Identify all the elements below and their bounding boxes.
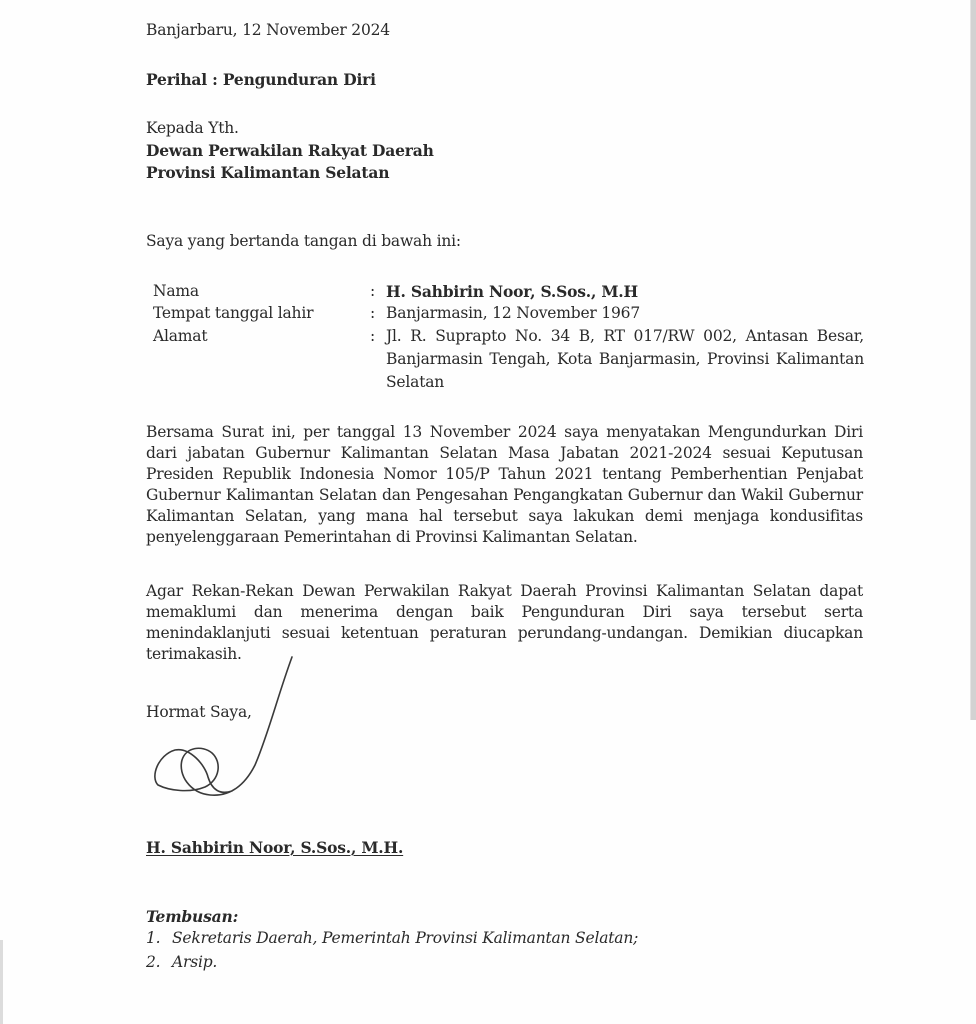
page-edge-shadow	[970, 0, 976, 720]
cc-item-number: 1.	[146, 927, 160, 950]
intro-text: Saya yang bertanda tangan di bawah ini:	[146, 230, 461, 253]
field-label-name: Nama	[153, 280, 199, 303]
field-colon: :	[370, 280, 375, 303]
field-value-name: H. Sahbirin Noor, S.Sos., M.H	[386, 280, 638, 303]
field-value-address: Jl. R. Suprapto No. 34 B, RT 017/RW 002,…	[386, 325, 864, 394]
body-paragraph-2: Agar Rekan-Rekan Dewan Perwakilan Rakyat…	[146, 581, 863, 665]
body-paragraph-1: Bersama Surat ini, per tanggal 13 Novemb…	[146, 422, 863, 548]
cc-item: Sekretaris Daerah, Pemerintah Provinsi K…	[172, 927, 638, 950]
field-label-birth: Tempat tanggal lahir	[153, 302, 313, 325]
subject-line: Perihal : Pengunduran Diri	[146, 68, 376, 91]
recipient-line-2: Provinsi Kalimantan Selatan	[146, 161, 389, 184]
recipient-salutation: Kepada Yth.	[146, 117, 239, 140]
page-edge-shadow-left	[0, 940, 3, 1024]
field-colon: :	[370, 302, 375, 325]
place-date: Banjarbaru, 12 November 2024	[146, 19, 390, 42]
field-value-birth: Banjarmasin, 12 November 1967	[386, 302, 640, 325]
letter-page: Banjarbaru, 12 November 2024 Perihal : P…	[0, 0, 976, 1024]
cc-title: Tembusan:	[146, 905, 238, 928]
recipient-line-1: Dewan Perwakilan Rakyat Daerah	[146, 139, 434, 162]
field-colon: :	[370, 325, 375, 348]
field-label-address: Alamat	[153, 325, 207, 348]
signature-icon	[150, 655, 350, 820]
signatory-name: H. Sahbirin Noor, S.Sos., M.H.	[146, 836, 403, 859]
cc-item: Arsip.	[172, 951, 217, 974]
cc-item-number: 2.	[146, 951, 160, 974]
